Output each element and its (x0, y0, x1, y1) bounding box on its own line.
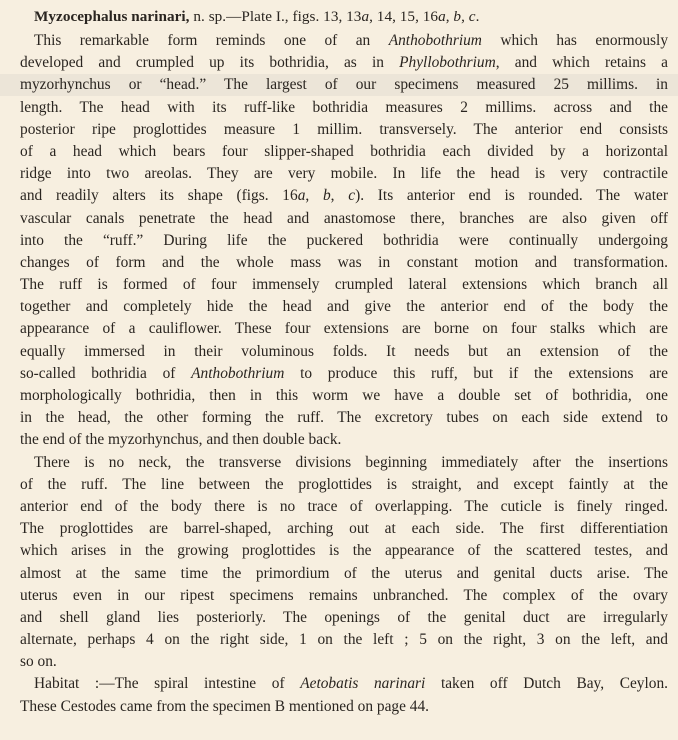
text-line: so on. (20, 651, 668, 673)
text-line: almost at the same time the primordium o… (20, 563, 668, 585)
text-line: The proglottides are barrel-shaped, arch… (20, 518, 668, 540)
text-line: of the ruff. The line between the proglo… (20, 474, 668, 496)
text-line: in the head, the other forming the ruff.… (20, 407, 668, 429)
text-line: so-called bothridia of Anthobothrium to … (20, 363, 668, 385)
text-line: Habitat :—The spiral intestine of Aetoba… (20, 673, 668, 695)
text-line: appearance of a cauliflower. These four … (20, 318, 668, 340)
text-line: length. The head with its ruff-like both… (20, 97, 668, 119)
text-line: into the “ruff.” During life the puckere… (20, 230, 668, 252)
species-heading: Myzocephalus narinari, n. sp.—Plate I., … (20, 6, 668, 28)
text-line: There is no neck, the transverse divisio… (20, 452, 668, 474)
habitat-paragraph: Habitat :—The spiral intestine of Aetoba… (20, 673, 668, 717)
description-paragraph: This remarkable form reminds one of an A… (20, 30, 668, 452)
text-line: posterior ripe proglottides measure 1 mi… (20, 119, 668, 141)
text-line: This remarkable form reminds one of an A… (20, 30, 668, 52)
species-name: Myzocephalus narinari, (34, 8, 190, 25)
text-line: and readily alters its shape (figs. 16a,… (20, 185, 668, 207)
text-line: These Cestodes came from the specimen B … (20, 696, 668, 718)
document-page: Myzocephalus narinari, n. sp.—Plate I., … (20, 6, 668, 718)
text-line: ridge into two areolas. They are very mo… (20, 163, 668, 185)
text-line: the end of the myzorhynchus, and then do… (20, 429, 668, 451)
text-line: which arises in the growing proglottides… (20, 540, 668, 562)
text-line: morphologically bothridia, then in this … (20, 385, 668, 407)
anatomy-paragraph: There is no neck, the transverse divisio… (20, 452, 668, 674)
text-line: changes of form and the whole mass was i… (20, 252, 668, 274)
text-line: together and completely hide the head an… (20, 296, 668, 318)
text-line: of a head which bears four slipper-shape… (20, 141, 668, 163)
text-line: and shell gland lies posteriorly. The op… (20, 607, 668, 629)
text-line: myzorhynchus or “head.” The largest of o… (20, 74, 668, 96)
text-line: developed and crumpled up its bothridia,… (20, 52, 668, 74)
text-line: alternate, perhaps 4 on the right side, … (20, 629, 668, 651)
text-line: anterior end of the body there is no tra… (20, 496, 668, 518)
text-line: vascular canals penetrate the head and a… (20, 208, 668, 230)
text-line: uterus even in our ripest specimens rema… (20, 585, 668, 607)
text-line: The ruff is formed of four immensely cru… (20, 274, 668, 296)
text-line: equally immersed in their voluminous fol… (20, 341, 668, 363)
